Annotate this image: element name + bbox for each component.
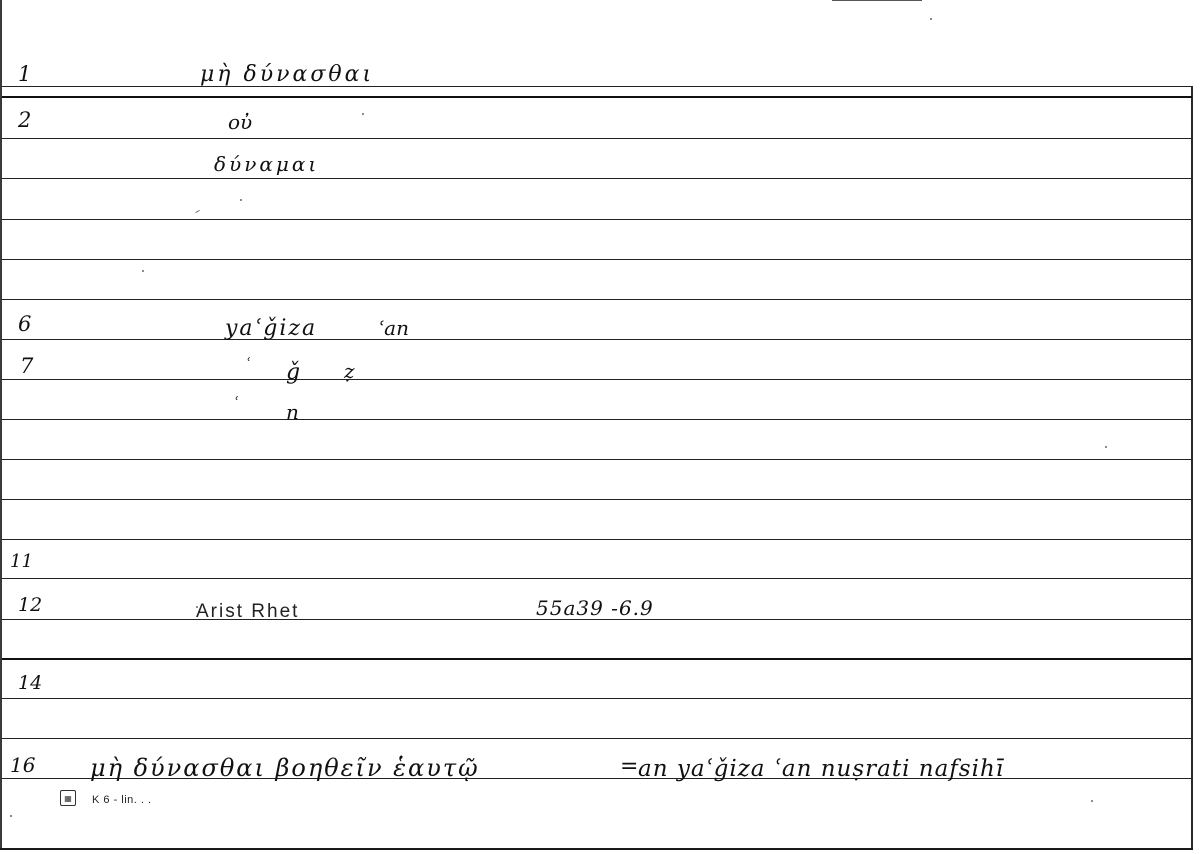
root-letter: ǧ xyxy=(286,362,300,384)
index-card: 1 μὴ δύνασθαι 2 οὐ δύναμαι 6 yaʿǧiza ʿan… xyxy=(0,0,1200,854)
ruled-line xyxy=(2,96,1192,98)
row-number: 7 xyxy=(20,356,33,377)
ruled-line xyxy=(2,499,1192,500)
printer-logo-icon: ▦ xyxy=(60,790,76,806)
ruled-line xyxy=(2,578,1192,579)
ruled-line xyxy=(2,738,1192,739)
ruled-line xyxy=(2,339,1192,340)
card-border-right xyxy=(1191,86,1193,850)
row-number: 6 xyxy=(18,314,31,335)
arabic-preposition: ʿan xyxy=(378,318,409,338)
card-form-label: K 6 - lin. . . xyxy=(92,794,152,806)
greek-headword: μὴ δύνασθαι xyxy=(200,64,374,86)
row-number: 1 xyxy=(18,64,31,85)
root-letter: ʿ xyxy=(234,396,238,410)
card-border-left xyxy=(0,0,2,850)
ruled-line xyxy=(2,219,1192,220)
ruled-line xyxy=(2,299,1192,300)
ruled-line xyxy=(2,698,1192,699)
speck xyxy=(1105,446,1107,448)
row-number: 11 xyxy=(10,553,33,571)
ruled-line xyxy=(2,379,1192,380)
ruled-line xyxy=(2,138,1192,139)
ruled-line xyxy=(2,178,1192,179)
speck xyxy=(10,815,12,817)
speck xyxy=(142,270,144,272)
greek-phrase: μὴ δύνασθαι βοηθεῖν ἑαυτῷ xyxy=(90,756,480,780)
row-number: 14 xyxy=(18,674,42,693)
greek-variant: δύναμαι xyxy=(214,154,319,174)
arabic-transliteration: yaʿǧiza xyxy=(225,318,317,340)
row-number: 16 xyxy=(10,755,35,775)
root-letter: ẓ xyxy=(344,361,355,381)
root-letter: n xyxy=(286,402,299,422)
ruled-line xyxy=(2,86,1192,87)
stray-mark xyxy=(195,210,200,213)
speck xyxy=(1091,800,1093,802)
ruled-line xyxy=(2,259,1192,260)
printer-logo-glyph: ▦ xyxy=(64,794,72,803)
row-number: 12 xyxy=(18,596,42,615)
speck xyxy=(196,606,198,608)
row-number: 2 xyxy=(18,110,31,131)
arabic-phrase: an yaʿǧiza ʿan nuṣrati nafsihī xyxy=(638,758,1004,781)
greek-negation: οὐ xyxy=(228,112,252,132)
source-citation: Arist Rhet xyxy=(196,602,299,621)
top-edge-mark xyxy=(832,0,922,1)
source-reference: 55a39 -6.9 xyxy=(536,598,654,618)
speck xyxy=(240,199,242,201)
speck xyxy=(362,113,364,115)
speck xyxy=(930,18,932,20)
ruled-line xyxy=(2,419,1192,420)
root-letter: ʿ xyxy=(246,357,250,371)
card-border-bottom xyxy=(0,848,1193,850)
ruled-line xyxy=(2,459,1192,460)
equals-sign: = xyxy=(620,756,638,778)
ruled-line xyxy=(2,539,1192,540)
ruled-line xyxy=(2,658,1192,660)
